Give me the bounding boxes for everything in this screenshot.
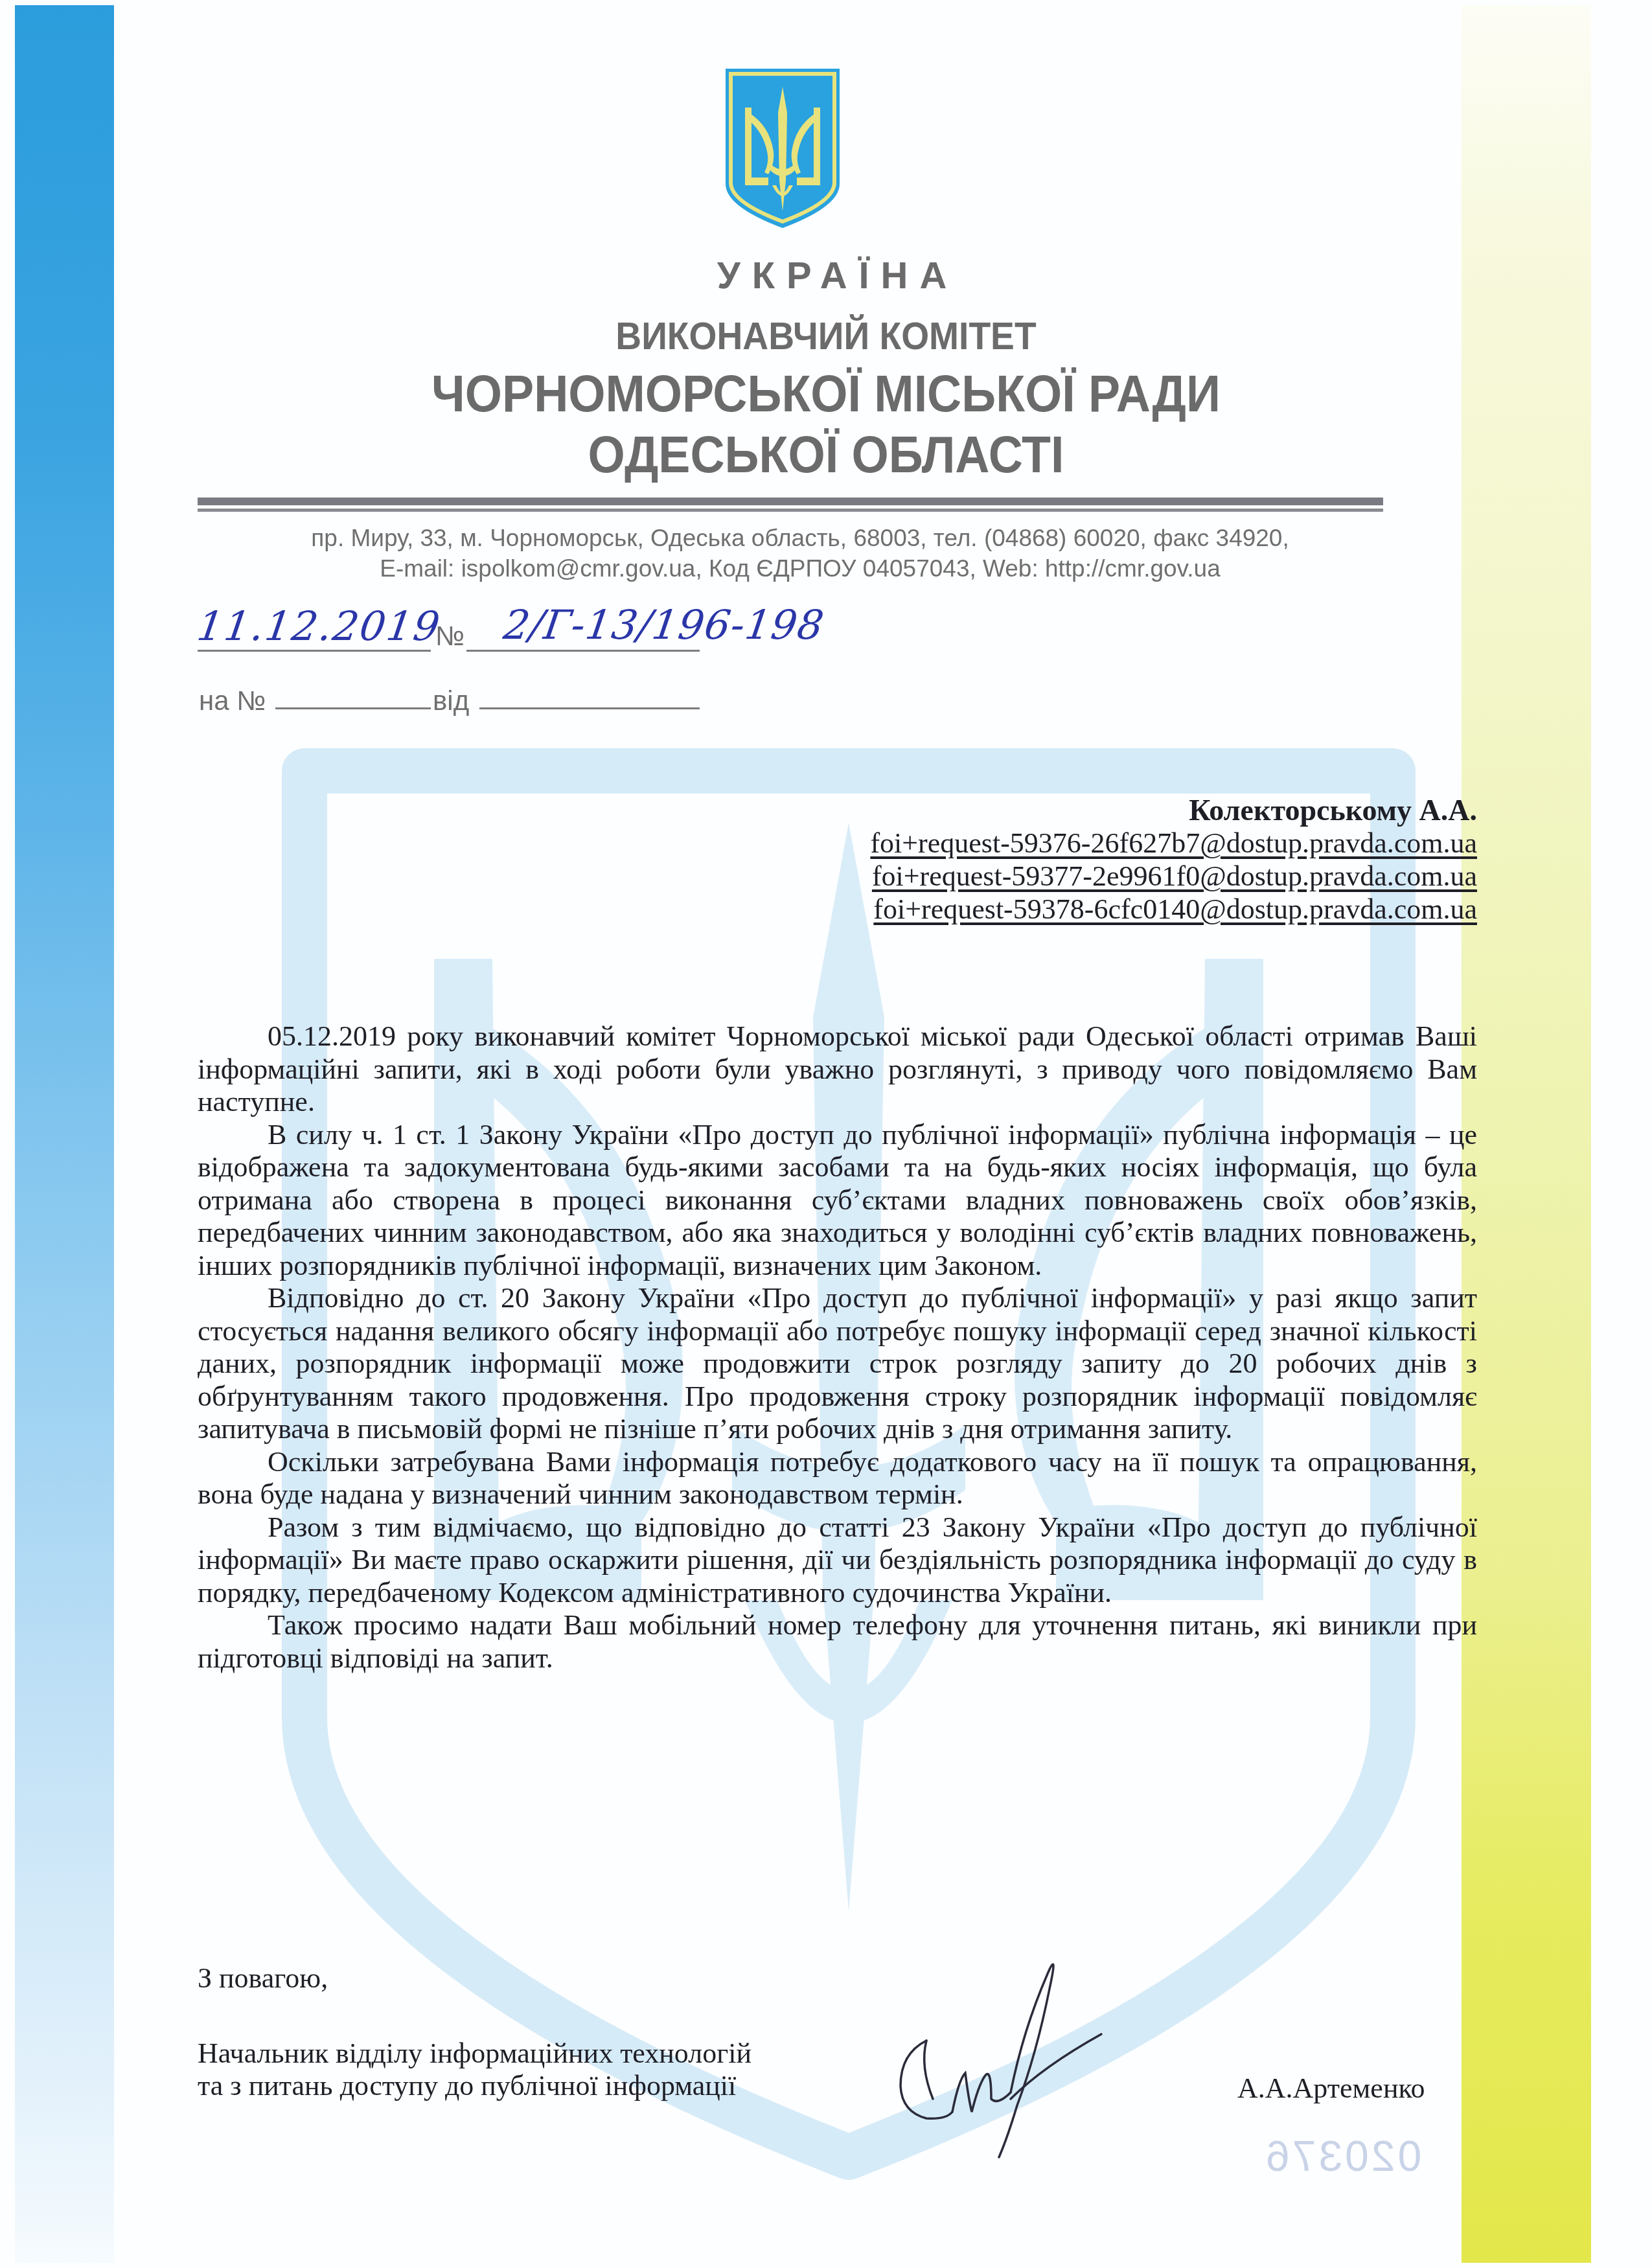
- number-label: №: [435, 621, 465, 652]
- letter-body: 05.12.2019 року виконавчий комітет Чорно…: [198, 1020, 1477, 1675]
- number-underline: [466, 650, 700, 652]
- body-paragraph: Разом з тим відмічаємо, що відповідно до…: [198, 1511, 1477, 1610]
- date-underline: [198, 650, 431, 652]
- body-paragraph: Відповідно до ст. 20 Закону України «Про…: [198, 1282, 1477, 1446]
- recipient-block: Колекторському А.А. foi+request-59376-26…: [870, 794, 1477, 926]
- letter-page: УКРАЇНА ВИКОНАВЧИЙ КОМІТЕТ ЧОРНОМОРСЬКОЇ…: [0, 0, 1652, 2268]
- signer-title: Начальник відділу інформаційних технолог…: [198, 2037, 751, 2102]
- header-committee: ВИКОНАВЧИЙ КОМІТЕТ: [66, 314, 1586, 358]
- header-council: ЧОРНОМОРСЬКОЇ МІСЬКОЇ РАДИ: [66, 364, 1586, 424]
- from-label: від: [433, 685, 469, 716]
- coat-of-arms-icon: [724, 67, 841, 229]
- handwritten-number: 2/Г-13/196-198: [501, 601, 827, 648]
- contact-line: E-mail: ispolkom@cmr.gov.ua, Код ЄДРПОУ …: [0, 555, 1626, 582]
- recipient-email[interactable]: foi+request-59377-2e9961f0@dostup.pravda…: [870, 860, 1477, 893]
- body-paragraph: В силу ч. 1 ст. 1 Закону України «Про до…: [198, 1119, 1477, 1283]
- closing-phrase: З повагою,: [198, 1962, 328, 1995]
- header-region: ОДЕСЬКОЇ ОБЛАСТІ: [66, 425, 1586, 485]
- signer-title-line: Начальник відділу інформаційних технолог…: [198, 2037, 751, 2070]
- signer-title-line: та з питань доступу до публічної інформа…: [198, 2070, 751, 2102]
- body-paragraph: Також просимо надати Ваш мобільний номер…: [198, 1609, 1477, 1675]
- header-country: УКРАЇНА: [0, 254, 1652, 297]
- from-field: [479, 707, 700, 709]
- header-rule-thick: [198, 498, 1383, 505]
- recipient-email[interactable]: foi+request-59378-6cfc0140@dostup.pravda…: [870, 893, 1477, 926]
- handwritten-date: 11.12.2019: [194, 602, 444, 650]
- body-paragraph: Оскільки затребувана Вами інформація пот…: [198, 1446, 1477, 1511]
- recipient-email[interactable]: foi+request-59376-26f627b7@dostup.pravda…: [870, 827, 1477, 860]
- body-paragraph: 05.12.2019 року виконавчий комітет Чорно…: [198, 1020, 1477, 1119]
- signer-name: А.А.Артеменко: [1237, 2072, 1425, 2105]
- recipient-name: Колекторському А.А.: [870, 794, 1477, 827]
- address-line: пр. Миру, 33, м. Чорноморськ, Одеська об…: [0, 525, 1626, 552]
- handwritten-signature-icon: [888, 1950, 1140, 2164]
- form-serial-number: 020376: [1263, 2131, 1421, 2181]
- reply-to-field: [275, 707, 431, 709]
- header-rule-thin: [198, 509, 1383, 512]
- reply-to-label: на №: [199, 685, 266, 716]
